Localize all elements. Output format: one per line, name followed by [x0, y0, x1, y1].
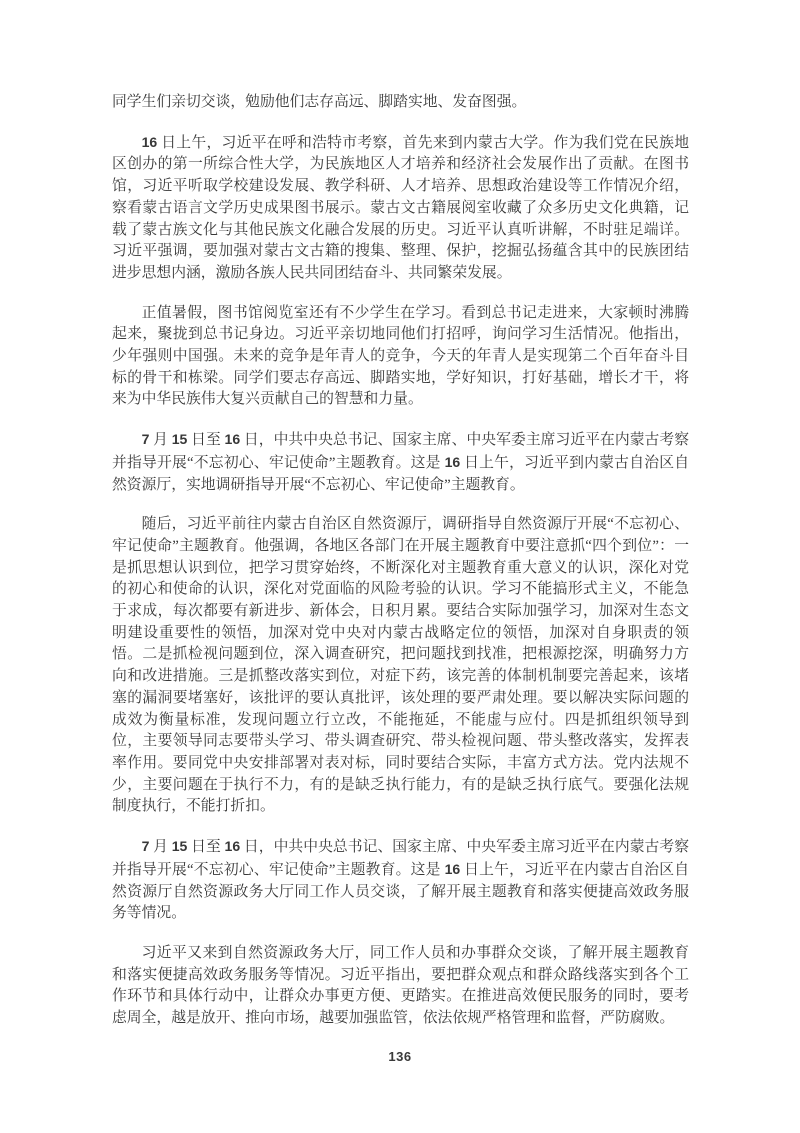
numeral: 15 [172, 431, 188, 447]
page-footer: 136 [0, 1048, 800, 1066]
numeral: 16 [142, 134, 158, 150]
numeral: 7 [142, 431, 150, 447]
paragraph: 正值暑假，图书馆阅览室还有不少学生在学习。看到总书记走进来，大家顿时沸腾起来，聚… [112, 303, 689, 412]
paragraph: 随后，习近平前往内蒙古自治区自然资源厅，调研指导自然资源厅开展“不忘初心、牢记使… [112, 514, 689, 818]
document-page: 同学生们亲切交谈，勉励他们志存高远、脚踏实地、发奋图强。16 日上午，习近平在呼… [0, 0, 800, 1133]
numeral: 7 [142, 838, 150, 854]
page-number: 136 [388, 1049, 411, 1064]
numeral: 16 [225, 431, 241, 447]
paragraph: 7 月 15 日至 16 日，中共中央总书记、国家主席、中央军委主席习近平在内蒙… [112, 429, 689, 496]
numeral: 16 [445, 861, 461, 877]
document-body: 同学生们亲切交谈，勉励他们志存高远、脚踏实地、发奋图强。16 日上午，习近平在呼… [112, 92, 689, 1048]
numeral: 15 [172, 838, 188, 854]
numeral: 16 [445, 454, 461, 470]
paragraph: 16 日上午，习近平在呼和浩特市考察，首先来到内蒙古大学。作为我们党在民族地区创… [112, 132, 689, 285]
paragraph: 习近平又来到自然资源政务大厅，同工作人员和办事群众交谈，了解开展主题教育和落实便… [112, 943, 689, 1030]
paragraph: 同学生们亲切交谈，勉励他们志存高远、脚踏实地、发奋图强。 [112, 92, 689, 114]
paragraph: 7 月 15 日至 16 日，中共中央总书记、国家主席、中央军委主席习近平在内蒙… [112, 836, 689, 925]
numeral: 16 [225, 838, 241, 854]
